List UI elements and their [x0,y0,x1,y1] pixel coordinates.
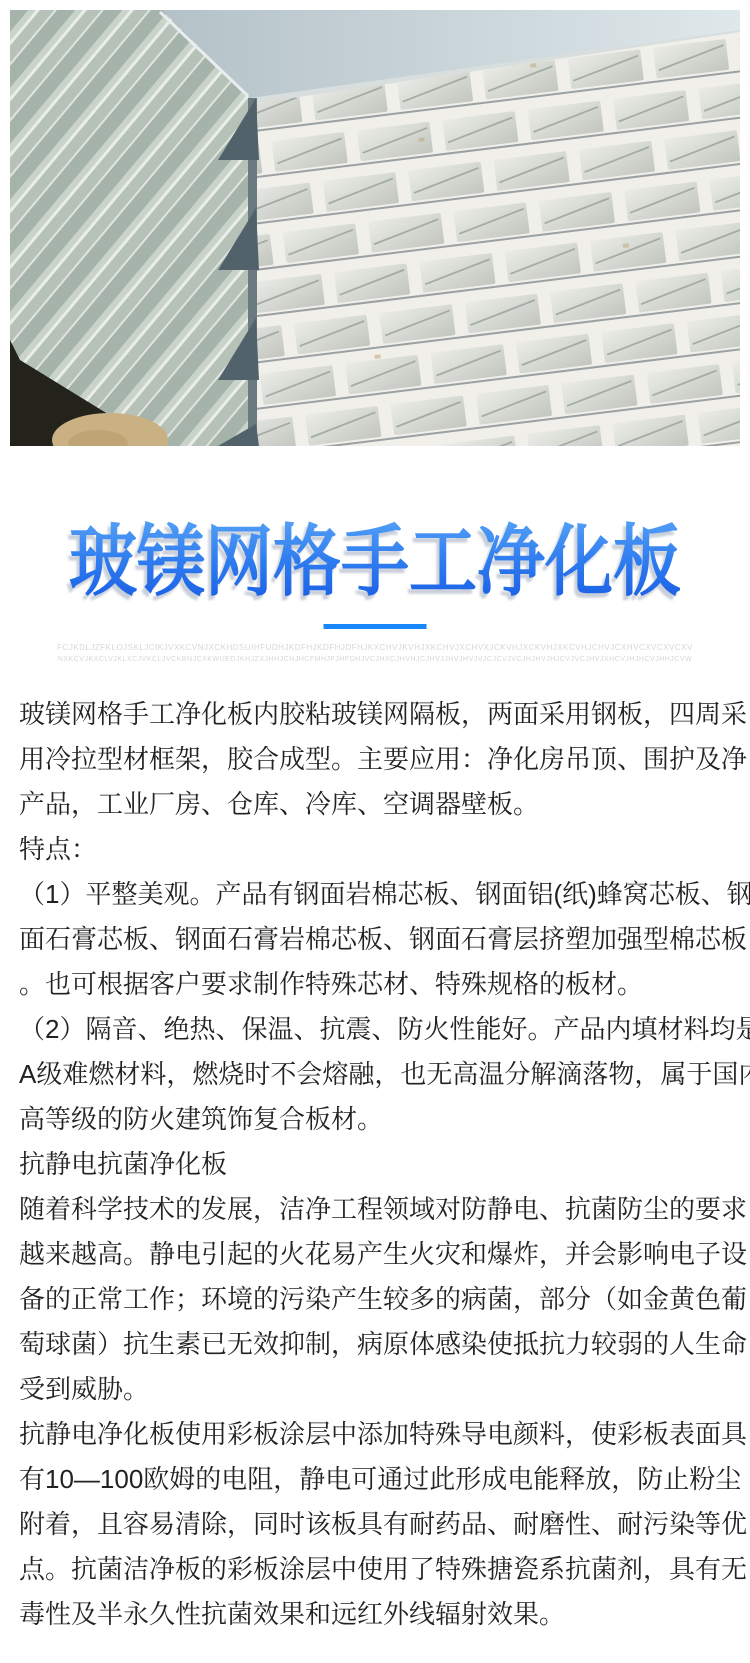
description-line: 附着，且容易清除，同时该板具有耐药品、耐磨性、耐污染等优 [19,1502,733,1547]
description-line: 点。抗菌洁净板的彩板涂层中使用了特殊搪瓷系抗菌剂，具有无 [19,1547,733,1592]
description-line: 抗静电抗菌净化板 [19,1142,733,1187]
page-title-text: 玻镁网格手工净化板 [69,514,681,611]
description-line: 有10—100欧姆的电阻，静电可通过此形成电能释放，防止粉尘 [19,1457,733,1502]
description-line: 越来越高。静电引起的火花易产生火灾和爆炸，并会影响电子设 [19,1232,733,1277]
description-line: 。也可根据客户要求制作特殊芯材、特殊规格的板材。 [19,962,733,1007]
product-detail-page: 玻镁网格手工净化板 FCJKDLJZFKLOJSKLJCIKJVXKCVNJXC… [0,0,750,1663]
description-line: 随着科学技术的发展，洁净工程领域对防静电、抗菌防尘的要求 [19,1187,733,1232]
description-line: （1）平整美观。产品有钢面岩棉芯板、钢面铝(纸)蜂窝芯板、钢 [19,872,733,917]
title-divider [324,624,427,629]
description-line: 萄球菌）抗生素已无效抑制，病原体感染使抵抗力较弱的人生命 [19,1322,733,1367]
description-line: A级难燃材料，燃烧时不会熔融，也无高温分解滴落物，属于国内 [19,1052,733,1097]
description-line: 受到威胁。 [19,1367,733,1412]
description-line: （2）隔音、绝热、保温、抗震、防火性能好。产品内填材料均是 [19,1007,733,1052]
description-line: 抗静电净化板使用彩板涂层中添加特殊导电颜料，使彩板表面具 [19,1412,733,1457]
description-line: 毒性及半永久性抗菌效果和远红外线辐射效果。 [19,1592,733,1637]
watermark-line-2: NXKCVJKXCLVJKLXCJVKCLJVCKBNJCXKWUEDJKHJZ… [0,655,750,664]
page-title: 玻镁网格手工净化板 [0,514,750,599]
watermark-line-1: FCJKDLJZFKLOJSKLJCIKJVXKCVNJXCKHDSUIHFUD… [0,643,750,653]
product-photo [10,10,740,446]
description-line: 用冷拉型材框架，胶合成型。主要应用：净化房吊顶、围护及净 [19,737,733,782]
description-line: 面石膏芯板、钢面石膏岩棉芯板、钢面石膏层挤塑加强型棉芯板 [19,917,733,962]
sandwich-panel-photo [10,10,740,446]
description-line: 玻镁网格手工净化板内胶粘玻镁网隔板，两面采用钢板，四周采 [19,692,733,737]
description-line: 产品，工业厂房、仓库、冷库、空调器壁板。 [19,782,733,827]
description-line: 高等级的防火建筑饰复合板材。 [19,1097,733,1142]
product-description: 玻镁网格手工净化板内胶粘玻镁网隔板，两面采用钢板，四周采用冷拉型材框架，胶合成型… [19,692,733,1637]
description-line: 特点： [19,827,733,872]
description-line: 备的正常工作；环境的污染产生较多的病菌，部分（如金黄色葡 [19,1277,733,1322]
